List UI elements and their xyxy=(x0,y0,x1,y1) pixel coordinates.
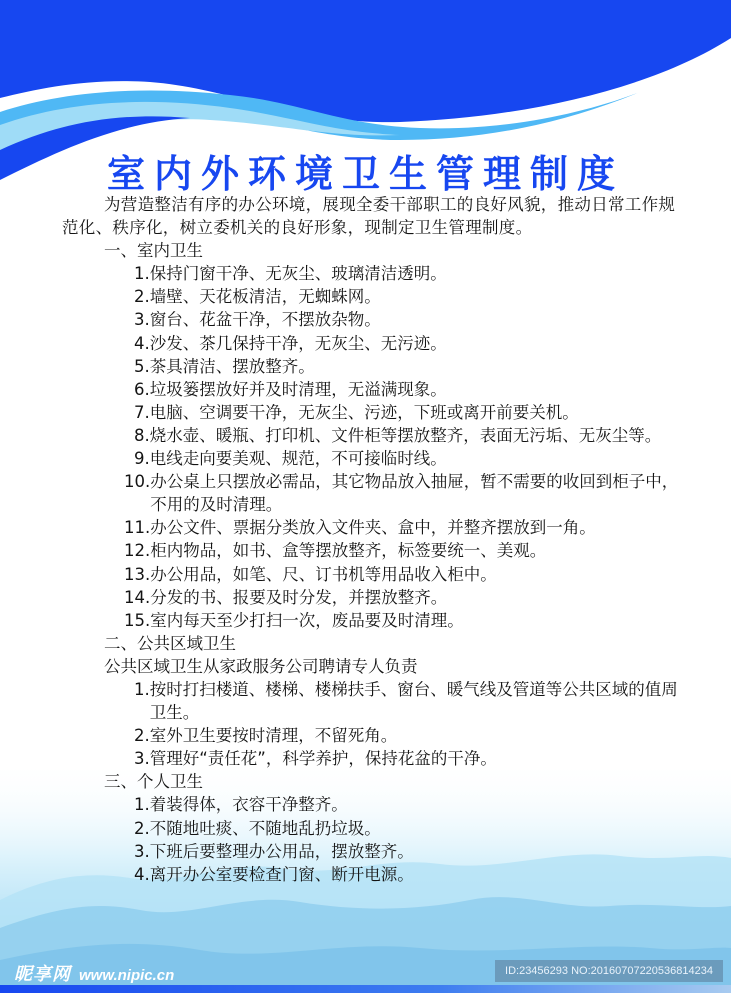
list-item: 12.柜内物品，如书、盒等摆放整齐，标签要统一、美观。 xyxy=(62,539,682,562)
watermark-logo: 昵享网 xyxy=(14,960,71,986)
list-item: 1.着装得体，衣容干净整齐。 xyxy=(62,793,682,816)
list-item: 9.电线走向要美观、规范，不可接临时线。 xyxy=(62,447,682,470)
watermark-id-badge: ID:23456293 NO:20160707220536814234 xyxy=(495,960,723,982)
section-heading-public-area: 二、公共区域卫生 xyxy=(62,632,682,655)
list-item: 6.垃圾篓摆放好并及时清理，无溢满现象。 xyxy=(62,378,682,401)
list-item: 3.窗台、花盆干净，不摆放杂物。 xyxy=(62,308,682,331)
list-item: 15.室内每天至少打扫一次，废品要及时清理。 xyxy=(62,609,682,632)
list-item: 10.办公桌上只摆放必需品，其它物品放入抽屉，暂不需要的收回到柜子中，不用的及时… xyxy=(62,470,682,516)
section-heading-indoor: 一、室内卫生 xyxy=(62,239,682,262)
intro-paragraph: 为营造整洁有序的办公环境，展现全委干部职工的良好风貌，推动日常工作规范化、秩序化… xyxy=(62,193,682,239)
list-item: 2.墙壁、天花板清洁，无蜘蛛网。 xyxy=(62,285,682,308)
section-note: 公共区域卫生从家政服务公司聘请专人负责 xyxy=(62,655,682,678)
list-item: 8.烧水壶、暖瓶、打印机、文件柜等摆放整齐，表面无污垢、无灰尘等。 xyxy=(62,424,682,447)
list-item: 4.离开办公室要检查门窗、断开电源。 xyxy=(62,863,682,886)
list-item: 11.办公文件、票据分类放入文件夹、盒中，并整齐摆放到一角。 xyxy=(62,516,682,539)
page-title: 室内外环境卫生管理制度 xyxy=(0,143,731,198)
list-item: 2.不随地吐痰、不随地乱扔垃圾。 xyxy=(62,817,682,840)
watermark: 昵享网 www.nipic.cn xyxy=(14,960,174,986)
list-item: 1.保持门窗干净、无灰尘、玻璃清洁透明。 xyxy=(62,262,682,285)
list-item: 4.沙发、茶几保持干净，无灰尘、无污迹。 xyxy=(62,332,682,355)
list-item: 5.茶具清洁、摆放整齐。 xyxy=(62,355,682,378)
watermark-url: www.nipic.cn xyxy=(79,967,174,984)
list-item: 2.室外卫生要按时清理，不留死角。 xyxy=(62,724,682,747)
list-item: 13.办公用品，如笔、尺、订书机等用品收入柜中。 xyxy=(62,563,682,586)
document-body: 为营造整洁有序的办公环境，展现全委干部职工的良好风貌，推动日常工作规范化、秩序化… xyxy=(62,193,682,886)
section-heading-personal: 三、个人卫生 xyxy=(62,770,682,793)
list-item: 1.按时打扫楼道、楼梯、楼梯扶手、窗台、暖气线及管道等公共区域的值周卫生。 xyxy=(62,678,682,724)
list-item: 7.电脑、空调要干净，无灰尘、污迹，下班或离开前要关机。 xyxy=(62,401,682,424)
list-item: 3.管理好“责任花”，科学养护，保持花盆的干净。 xyxy=(62,747,682,770)
list-item: 14.分发的书、报要及时分发，并摆放整齐。 xyxy=(62,586,682,609)
bottom-bar xyxy=(0,985,731,993)
list-item: 3.下班后要整理办公用品，摆放整齐。 xyxy=(62,840,682,863)
